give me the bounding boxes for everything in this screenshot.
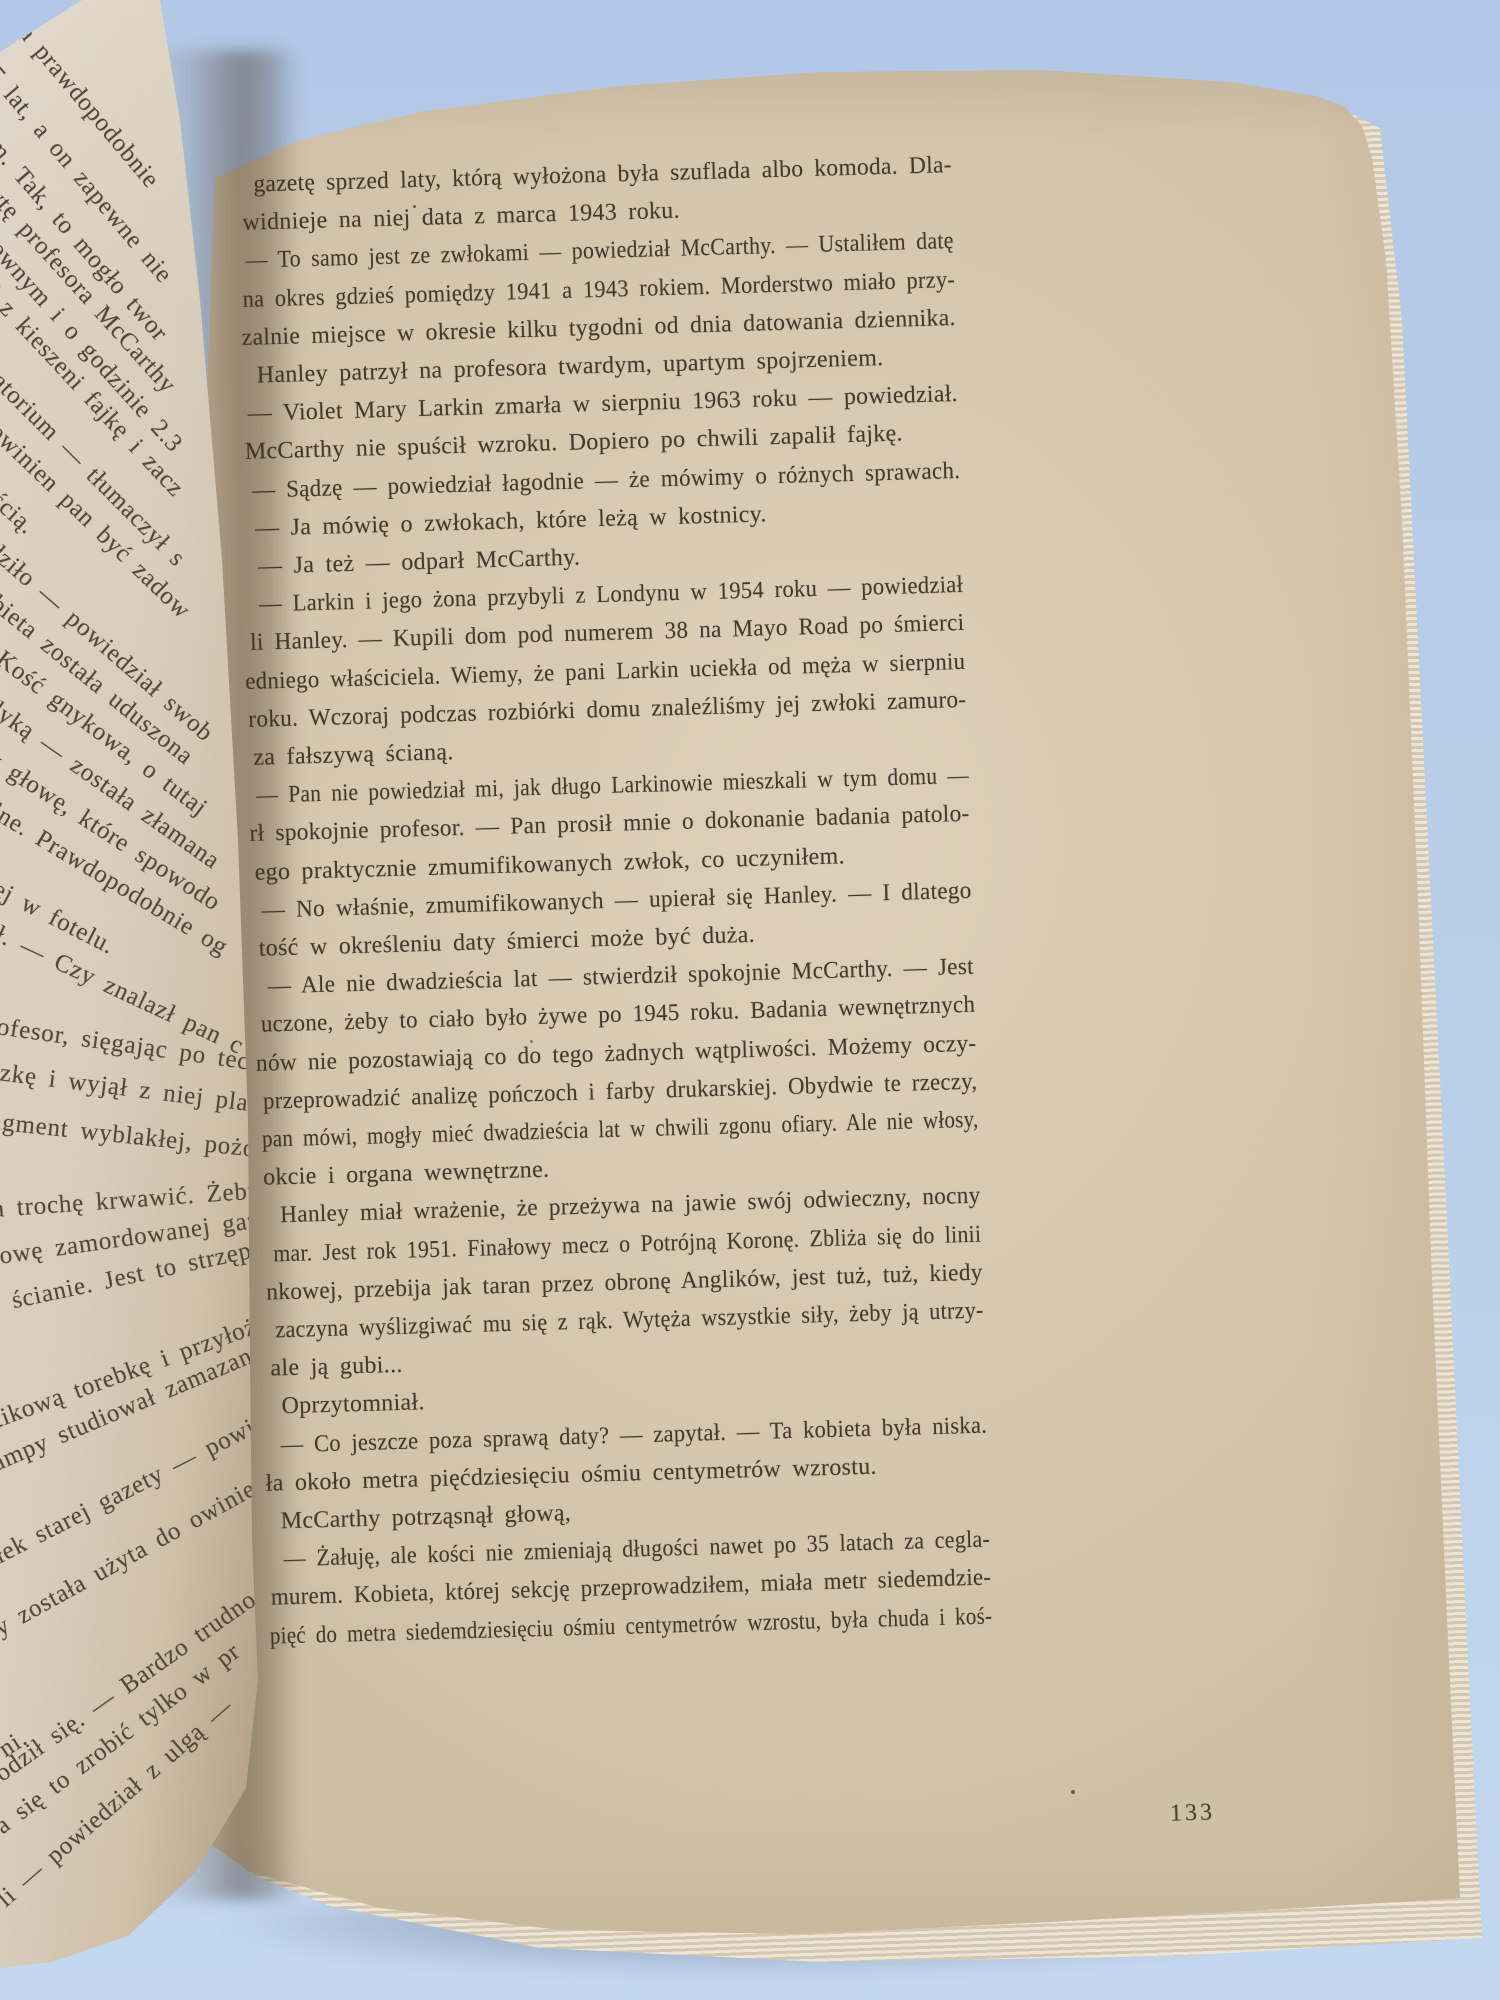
paper-speck [530, 1040, 533, 1043]
open-book-photo: gazetę sprzed laty, którą wyłożona była … [0, 0, 1500, 2000]
left-page-text-fragment: agment wyblakłej, pożół [0, 1108, 265, 1165]
paper-speck [413, 205, 416, 208]
page-number: 133 [1170, 1799, 1216, 1828]
paper-speck [1071, 1790, 1075, 1794]
right-page-text-block: gazetę sprzed laty, którą wyłożona była … [237, 150, 994, 1669]
